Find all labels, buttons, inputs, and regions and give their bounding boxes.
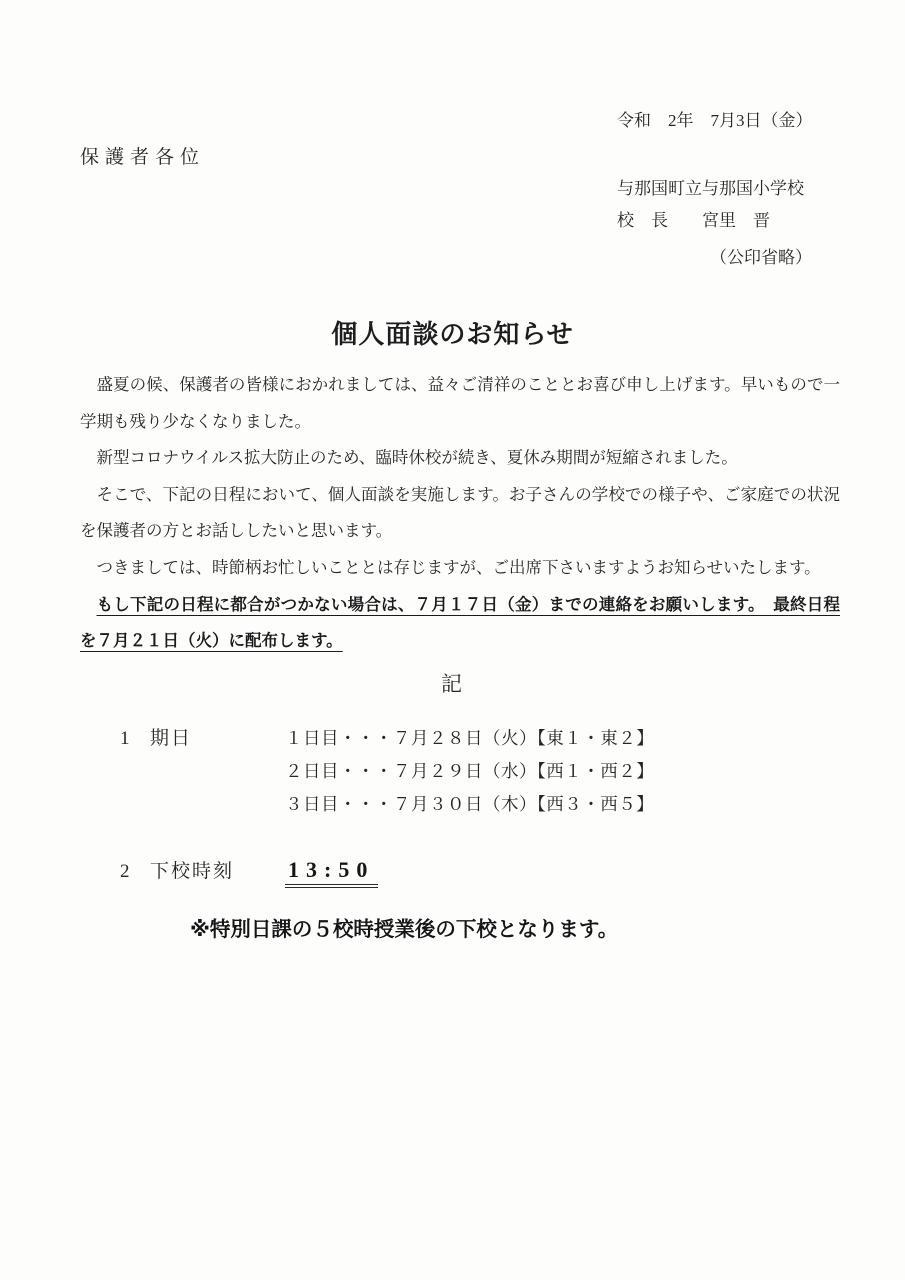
- dismissal-time-value: 13:50: [285, 858, 378, 888]
- seal-omitted-note: （公印省略）: [710, 243, 812, 268]
- schedule-item-label: 期日: [150, 722, 285, 755]
- schedule-day-1: １日目・・・７月２８日（火）【東１・東２】: [285, 722, 654, 755]
- dismissal-item-number: 2: [120, 855, 150, 888]
- schedule-item-number: 1: [120, 722, 150, 755]
- dismissal-item-label: 下校時刻: [150, 855, 285, 888]
- document-title: 個人面談のお知らせ: [0, 314, 905, 351]
- schedule-day-list: １日目・・・７月２８日（火）【東１・東２】 ２日目・・・７月２９日（水）【西１・…: [285, 722, 654, 821]
- issue-date: 令和 2年 7月3日（金）: [617, 106, 813, 131]
- attendance-request-paragraph: つきましては、時節柄お忙しいこととは存じますが、ご出席下さいますようお知らせいた…: [80, 550, 840, 587]
- letter-body: 盛夏の候、保護者の皆様におかれましては、益々ご清祥のこととお喜び申し上げます。早…: [80, 367, 840, 660]
- covid-paragraph: 新型コロナウイルス拡大防止のため、臨時休校が続き、夏休み期間が短縮されました。: [80, 440, 840, 477]
- school-name: 与那国町立与那国小学校: [617, 174, 804, 199]
- schedule-day-2: ２日目・・・７月２９日（水）【西１・西２】: [285, 755, 654, 788]
- schedule-section: 1 期日 １日目・・・７月２８日（火）【東１・東２】 ２日目・・・７月２９日（水…: [120, 722, 654, 821]
- record-heading: 記: [0, 668, 905, 698]
- greeting-paragraph: 盛夏の候、保護者の皆様におかれましては、益々ご清祥のこととお喜び申し上げます。早…: [80, 367, 840, 440]
- purpose-paragraph: そこで、下記の日程において、個人面談を実施します。お子さんの学校での様子や、ご家…: [80, 477, 840, 550]
- schedule-day-3: ３日目・・・７月３０日（木）【西３・西５】: [285, 788, 654, 821]
- special-schedule-note: ※特別日課の５校時授業後の下校となります。: [190, 912, 618, 942]
- scanned-letter-page: 令和 2年 7月3日（金） 保護者各位 与那国町立与那国小学校 校 長 宮里 晋…: [0, 0, 905, 1280]
- deadline-notice-paragraph: もし下記の日程に都合がつかない場合は、７月１７日（金）までの連絡をお願いします。…: [80, 587, 840, 660]
- principal-name-line: 校 長 宮里 晋: [617, 206, 770, 231]
- recipient-line: 保護者各位: [80, 142, 205, 169]
- dismissal-section: 2 下校時刻 13:50: [120, 855, 378, 888]
